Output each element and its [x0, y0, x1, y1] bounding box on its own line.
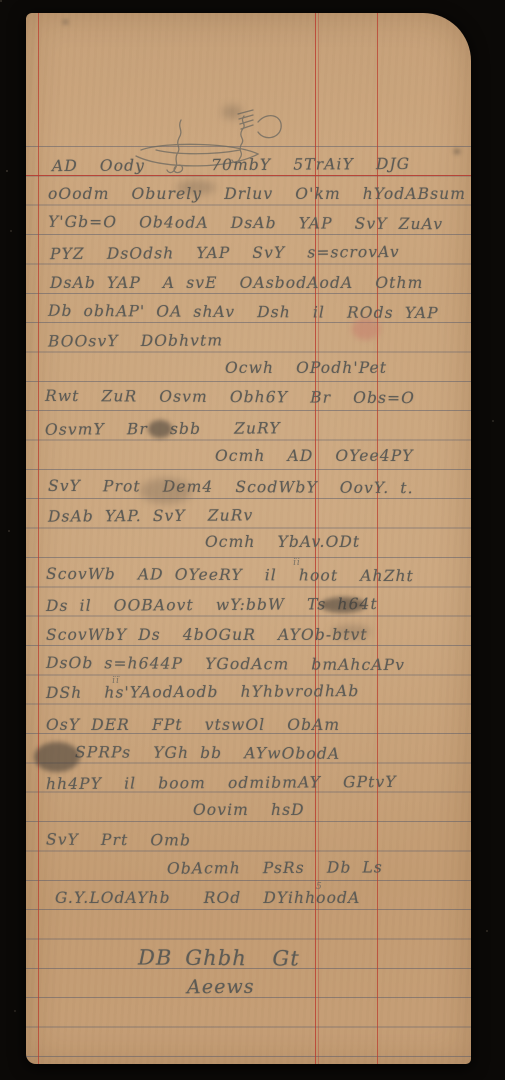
dust-specks — [6, 170, 8, 172]
correction-layer: ïiïï5 — [26, 13, 471, 1064]
interlinear-correction-mark: ïï — [112, 676, 120, 686]
dust-specks — [0, 0, 2, 2]
scan-background: AD Oody 70mbY 5TrAiY DJGoOodm Oburely Dr… — [0, 0, 505, 1080]
interlinear-correction-mark: 5 — [316, 882, 323, 892]
interlinear-correction-mark: ïi — [293, 558, 301, 568]
manuscript-page: AD Oody 70mbY 5TrAiY DJGoOodm Oburely Dr… — [26, 13, 471, 1064]
